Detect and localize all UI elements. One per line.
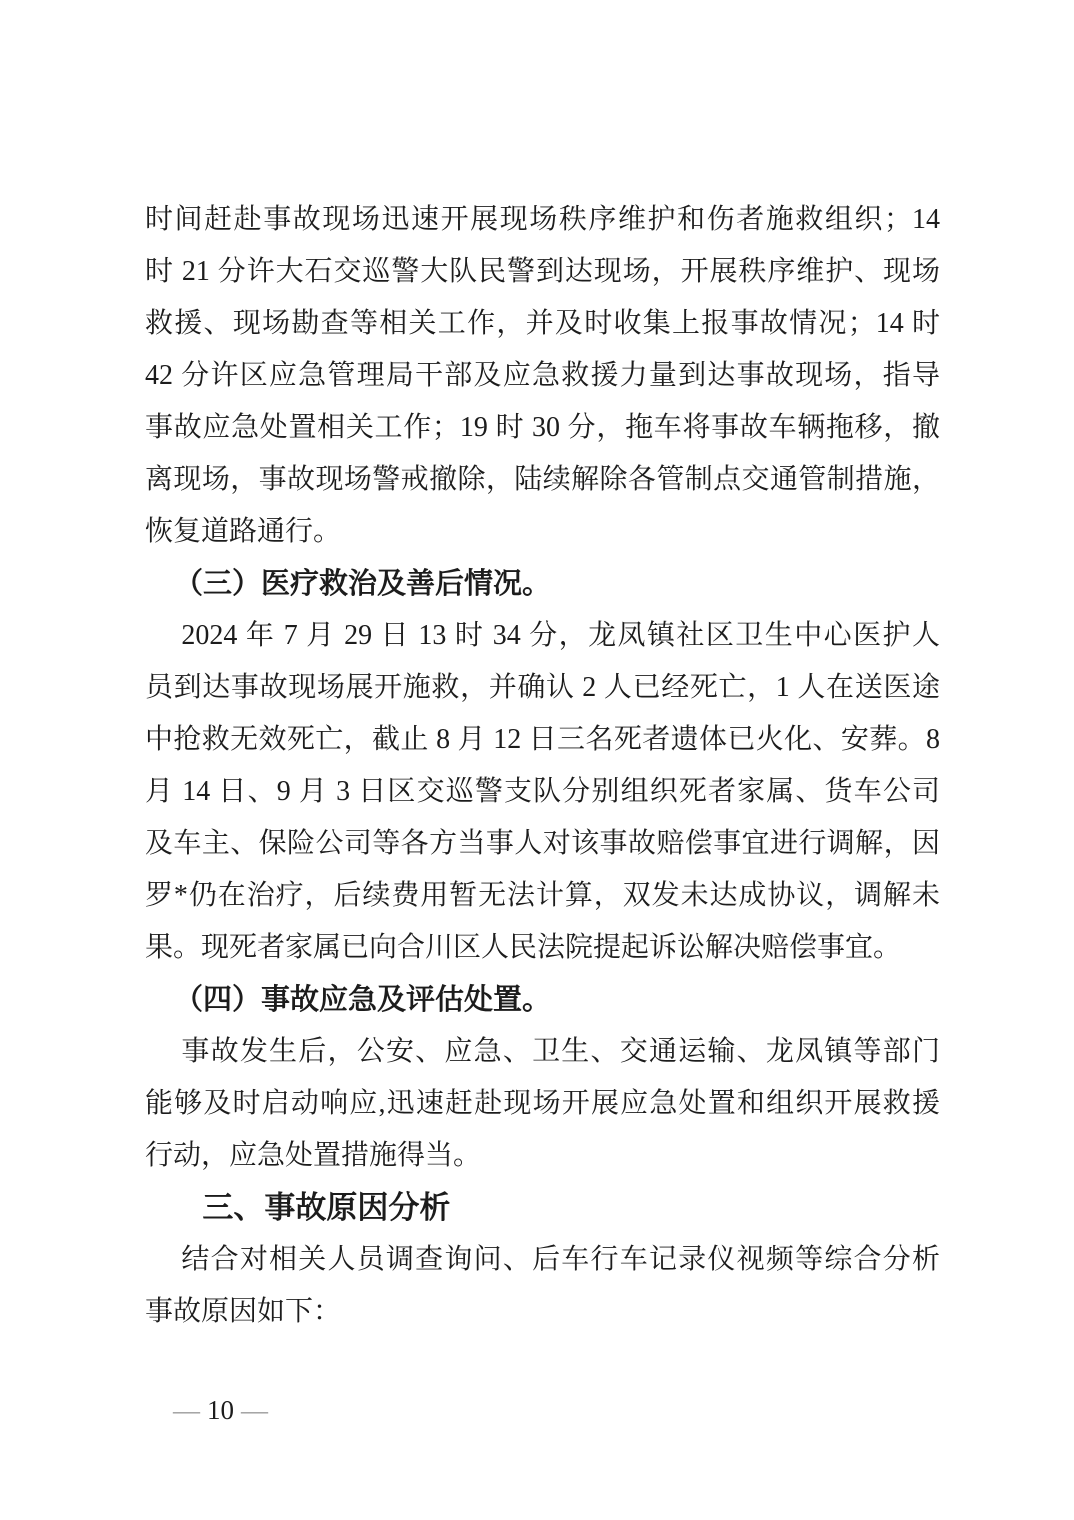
- text-line: 恢复道路通行。: [145, 506, 940, 558]
- text-line: 2024 年 7 月 29 日 13 时 34 分，龙凤镇社区卫生中心医护人: [145, 610, 940, 662]
- text-line: 月 14 日、9 月 3 日区交巡警支队分别组织死者家属、货车公司: [145, 766, 940, 818]
- paragraph: 事故发生后，公安、应急、卫生、交通运输、龙凤镇等部门能够及时启动响应,迅速赶赴现…: [145, 1026, 940, 1182]
- kai-heading: （三）医疗救治及善后情况。: [145, 558, 940, 610]
- text-line: 行动，应急处置措施得当。: [145, 1130, 940, 1182]
- text-line: 能够及时启动响应,迅速赶赴现场开展应急处置和组织开展救援: [145, 1078, 940, 1130]
- paragraph: 时间赶赴事故现场迅速开展现场秩序维护和伤者施救组织；14时 21 分许大石交巡警…: [145, 194, 940, 558]
- text-line: （四）事故应急及评估处置。: [145, 974, 940, 1026]
- footer-dash-left: —: [173, 1395, 200, 1425]
- text-line: （三）医疗救治及善后情况。: [145, 558, 940, 610]
- text-line: 离现场，事故现场警戒撤除，陆续解除各管制点交通管制措施，: [145, 454, 940, 506]
- text-line: 及车主、保险公司等各方当事人对该事故赔偿事宜进行调解，因: [145, 818, 940, 870]
- footer-dash-right: —: [241, 1395, 268, 1425]
- text-line: 果。现死者家属已向合川区人民法院提起诉讼解决赔偿事宜。: [145, 922, 940, 974]
- text-line: 事故发生后，公安、应急、卫生、交通运输、龙凤镇等部门: [145, 1026, 940, 1078]
- text-line: 时间赶赴事故现场迅速开展现场秩序维护和伤者施救组织；14: [145, 194, 940, 246]
- page-number: 10: [200, 1395, 241, 1425]
- text-line: 结合对相关人员调查询问、后车行车记录仪视频等综合分析: [145, 1234, 940, 1286]
- text-line: 时 21 分许大石交巡警大队民警到达现场，开展秩序维护、现场: [145, 246, 940, 298]
- text-line: 中抢救无效死亡，截止 8 月 12 日三名死者遗体已火化、安葬。8: [145, 714, 940, 766]
- paragraph: 2024 年 7 月 29 日 13 时 34 分，龙凤镇社区卫生中心医护人员到…: [145, 610, 940, 974]
- kai-heading: （四）事故应急及评估处置。: [145, 974, 940, 1026]
- text-line: 事故应急处置相关工作；19 时 30 分，拖车将事故车辆拖移，撤: [145, 402, 940, 454]
- text-line: 罗*仍在治疗，后续费用暂无法计算，双发未达成协议，调解未: [145, 870, 940, 922]
- document-page: 时间赶赴事故现场迅速开展现场秩序维护和伤者施救组织；14时 21 分许大石交巡警…: [0, 0, 1074, 1520]
- paragraph: 结合对相关人员调查询问、后车行车记录仪视频等综合分析事故原因如下：: [145, 1234, 940, 1338]
- text-line: 三、事故原因分析: [145, 1182, 940, 1234]
- page-footer: —10—: [173, 1384, 268, 1436]
- text-line: 员到达事故现场展开施救，并确认 2 人已经死亡，1 人在送医途: [145, 662, 940, 714]
- document-body: 时间赶赴事故现场迅速开展现场秩序维护和伤者施救组织；14时 21 分许大石交巡警…: [145, 194, 940, 1338]
- text-line: 救援、现场勘查等相关工作，并及时收集上报事故情况；14 时: [145, 298, 940, 350]
- text-line: 42 分许区应急管理局干部及应急救援力量到达事故现场，指导: [145, 350, 940, 402]
- text-line: 事故原因如下：: [145, 1286, 940, 1338]
- hei-heading: 三、事故原因分析: [145, 1182, 940, 1234]
